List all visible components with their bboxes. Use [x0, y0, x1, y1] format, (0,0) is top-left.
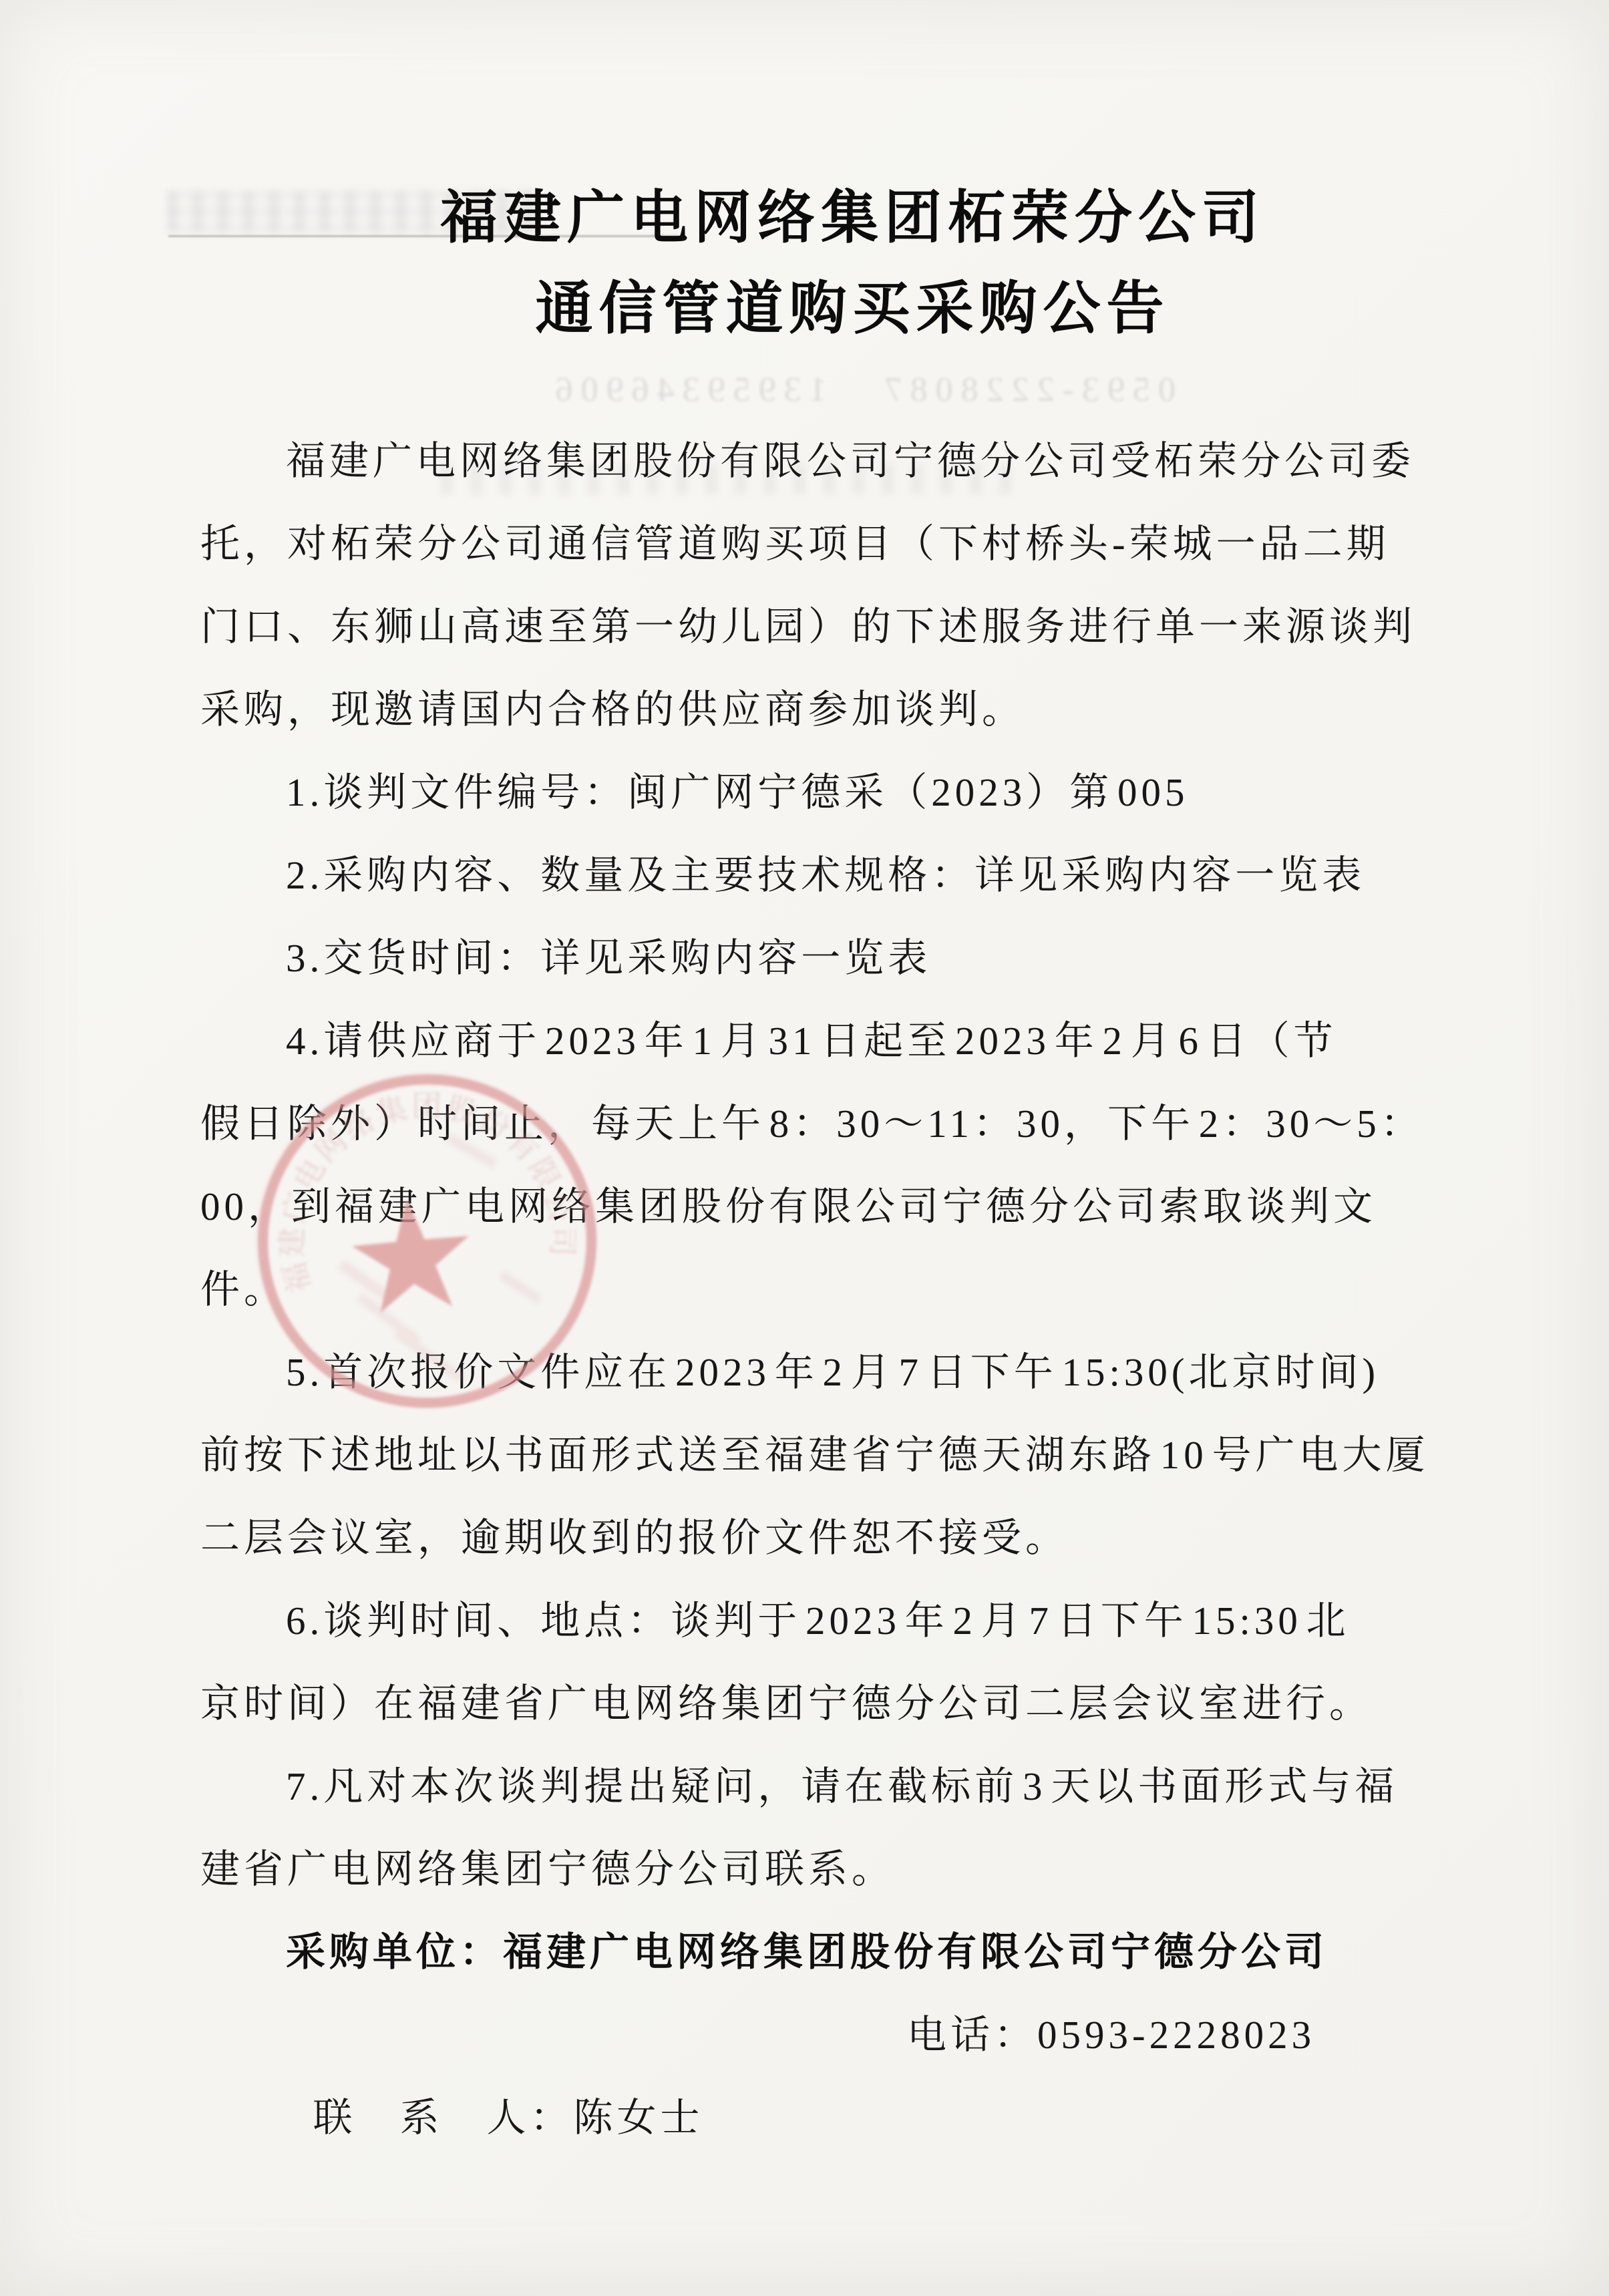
contact-label: 联 系 人： [313, 2096, 574, 2140]
body-line: 采购，现邀请国内合格的供应商参加谈判。 [200, 668, 1456, 751]
body-line: 6.谈判时间、地点：谈判于 2023 年 2 月 7 日下午 15:30 北 [200, 1579, 1456, 1662]
purchaser-value: 福建广电网络集团股份有限公司宁德分公司 [503, 1930, 1328, 1974]
contact-line: 联 系 人：陈女士 电话：0593-2228023 [200, 1993, 1456, 2076]
purchaser-label: 采购单位： [286, 1930, 503, 1974]
title-line-2: 通信管道购买采购公告 [48, 263, 1609, 354]
body-line: 前按下述地址以书面形式送至福建省宁德天湖东路 10 号广电大厦 [200, 1414, 1456, 1496]
title-line-1: 福建广电网络集团柘荣分公司 [48, 172, 1609, 263]
bleed-through-phone-digits: 0593-2228087 13959346906 [200, 365, 1176, 416]
purchaser-block: 采购单位：福建广电网络集团股份有限公司宁德分公司 联 系 人：陈女士 电话：05… [200, 1911, 1456, 2076]
phone-part: 电话：0593-2228023 [907, 1993, 1315, 2076]
document-title: 福建广电网络集团柘荣分公司 通信管道购买采购公告 [48, 172, 1609, 354]
contact-name: 陈女士 [574, 2096, 704, 2140]
phone-label: 电话： [907, 2013, 1037, 2057]
body-line: 00，到福建广电网络集团股份有限公司宁德分公司索取谈判文 [200, 1165, 1456, 1248]
body-line: 7.凡对本次谈判提出疑问，请在截标前 3 天以书面形式与福 [200, 1745, 1456, 1828]
scanned-document-page: 0593-2228087 13959346906 福建广电网络集团柘荣分公司 通… [0, 0, 1609, 2296]
body-line: 门口、东狮山高速至第一幼儿园）的下述服务进行单一来源谈判 [200, 585, 1456, 668]
body-line: 3.交货时间：详见采购内容一览表 [200, 917, 1456, 999]
body-line: 京时间）在福建省广电网络集团宁德分公司二层会议室进行。 [200, 1662, 1456, 1745]
body-line: 1.谈判文件编号：闽广网宁德采（2023）第 005 [200, 751, 1456, 834]
body-line: 建省广电网络集团宁德分公司联系。 [200, 1828, 1456, 1911]
body-line: 二层会议室，逾期收到的报价文件恕不接受。 [200, 1496, 1456, 1579]
phone-number: 0593-2228023 [1037, 2013, 1315, 2057]
purchaser-line: 采购单位：福建广电网络集团股份有限公司宁德分公司 [200, 1911, 1456, 1993]
contact-part: 联 系 人：陈女士 [228, 2096, 704, 2140]
body-line: 托，对柘荣分公司通信管道购买项目（下村桥头-荣城一品二期 [200, 502, 1456, 585]
body-line: 4.请供应商于 2023 年 1 月 31 日起至 2023 年 2 月 6 日… [200, 999, 1456, 1082]
document-body: 福建广电网络集团股份有限公司宁德分公司受柘荣分公司委托，对柘荣分公司通信管道购买… [200, 420, 1456, 1911]
body-line: 2.采购内容、数量及主要技术规格：详见采购内容一览表 [200, 834, 1456, 917]
body-line: 件。 [200, 1248, 1456, 1331]
body-line: 福建广电网络集团股份有限公司宁德分公司受柘荣分公司委 [200, 420, 1456, 502]
body-line: 5.首次报价文件应在 2023 年 2 月 7 日下午 15:30(北京时间) [200, 1331, 1456, 1414]
body-line: 假日除外）时间止，每天上午 8：30～11：30，下午 2：30～5： [200, 1082, 1456, 1165]
